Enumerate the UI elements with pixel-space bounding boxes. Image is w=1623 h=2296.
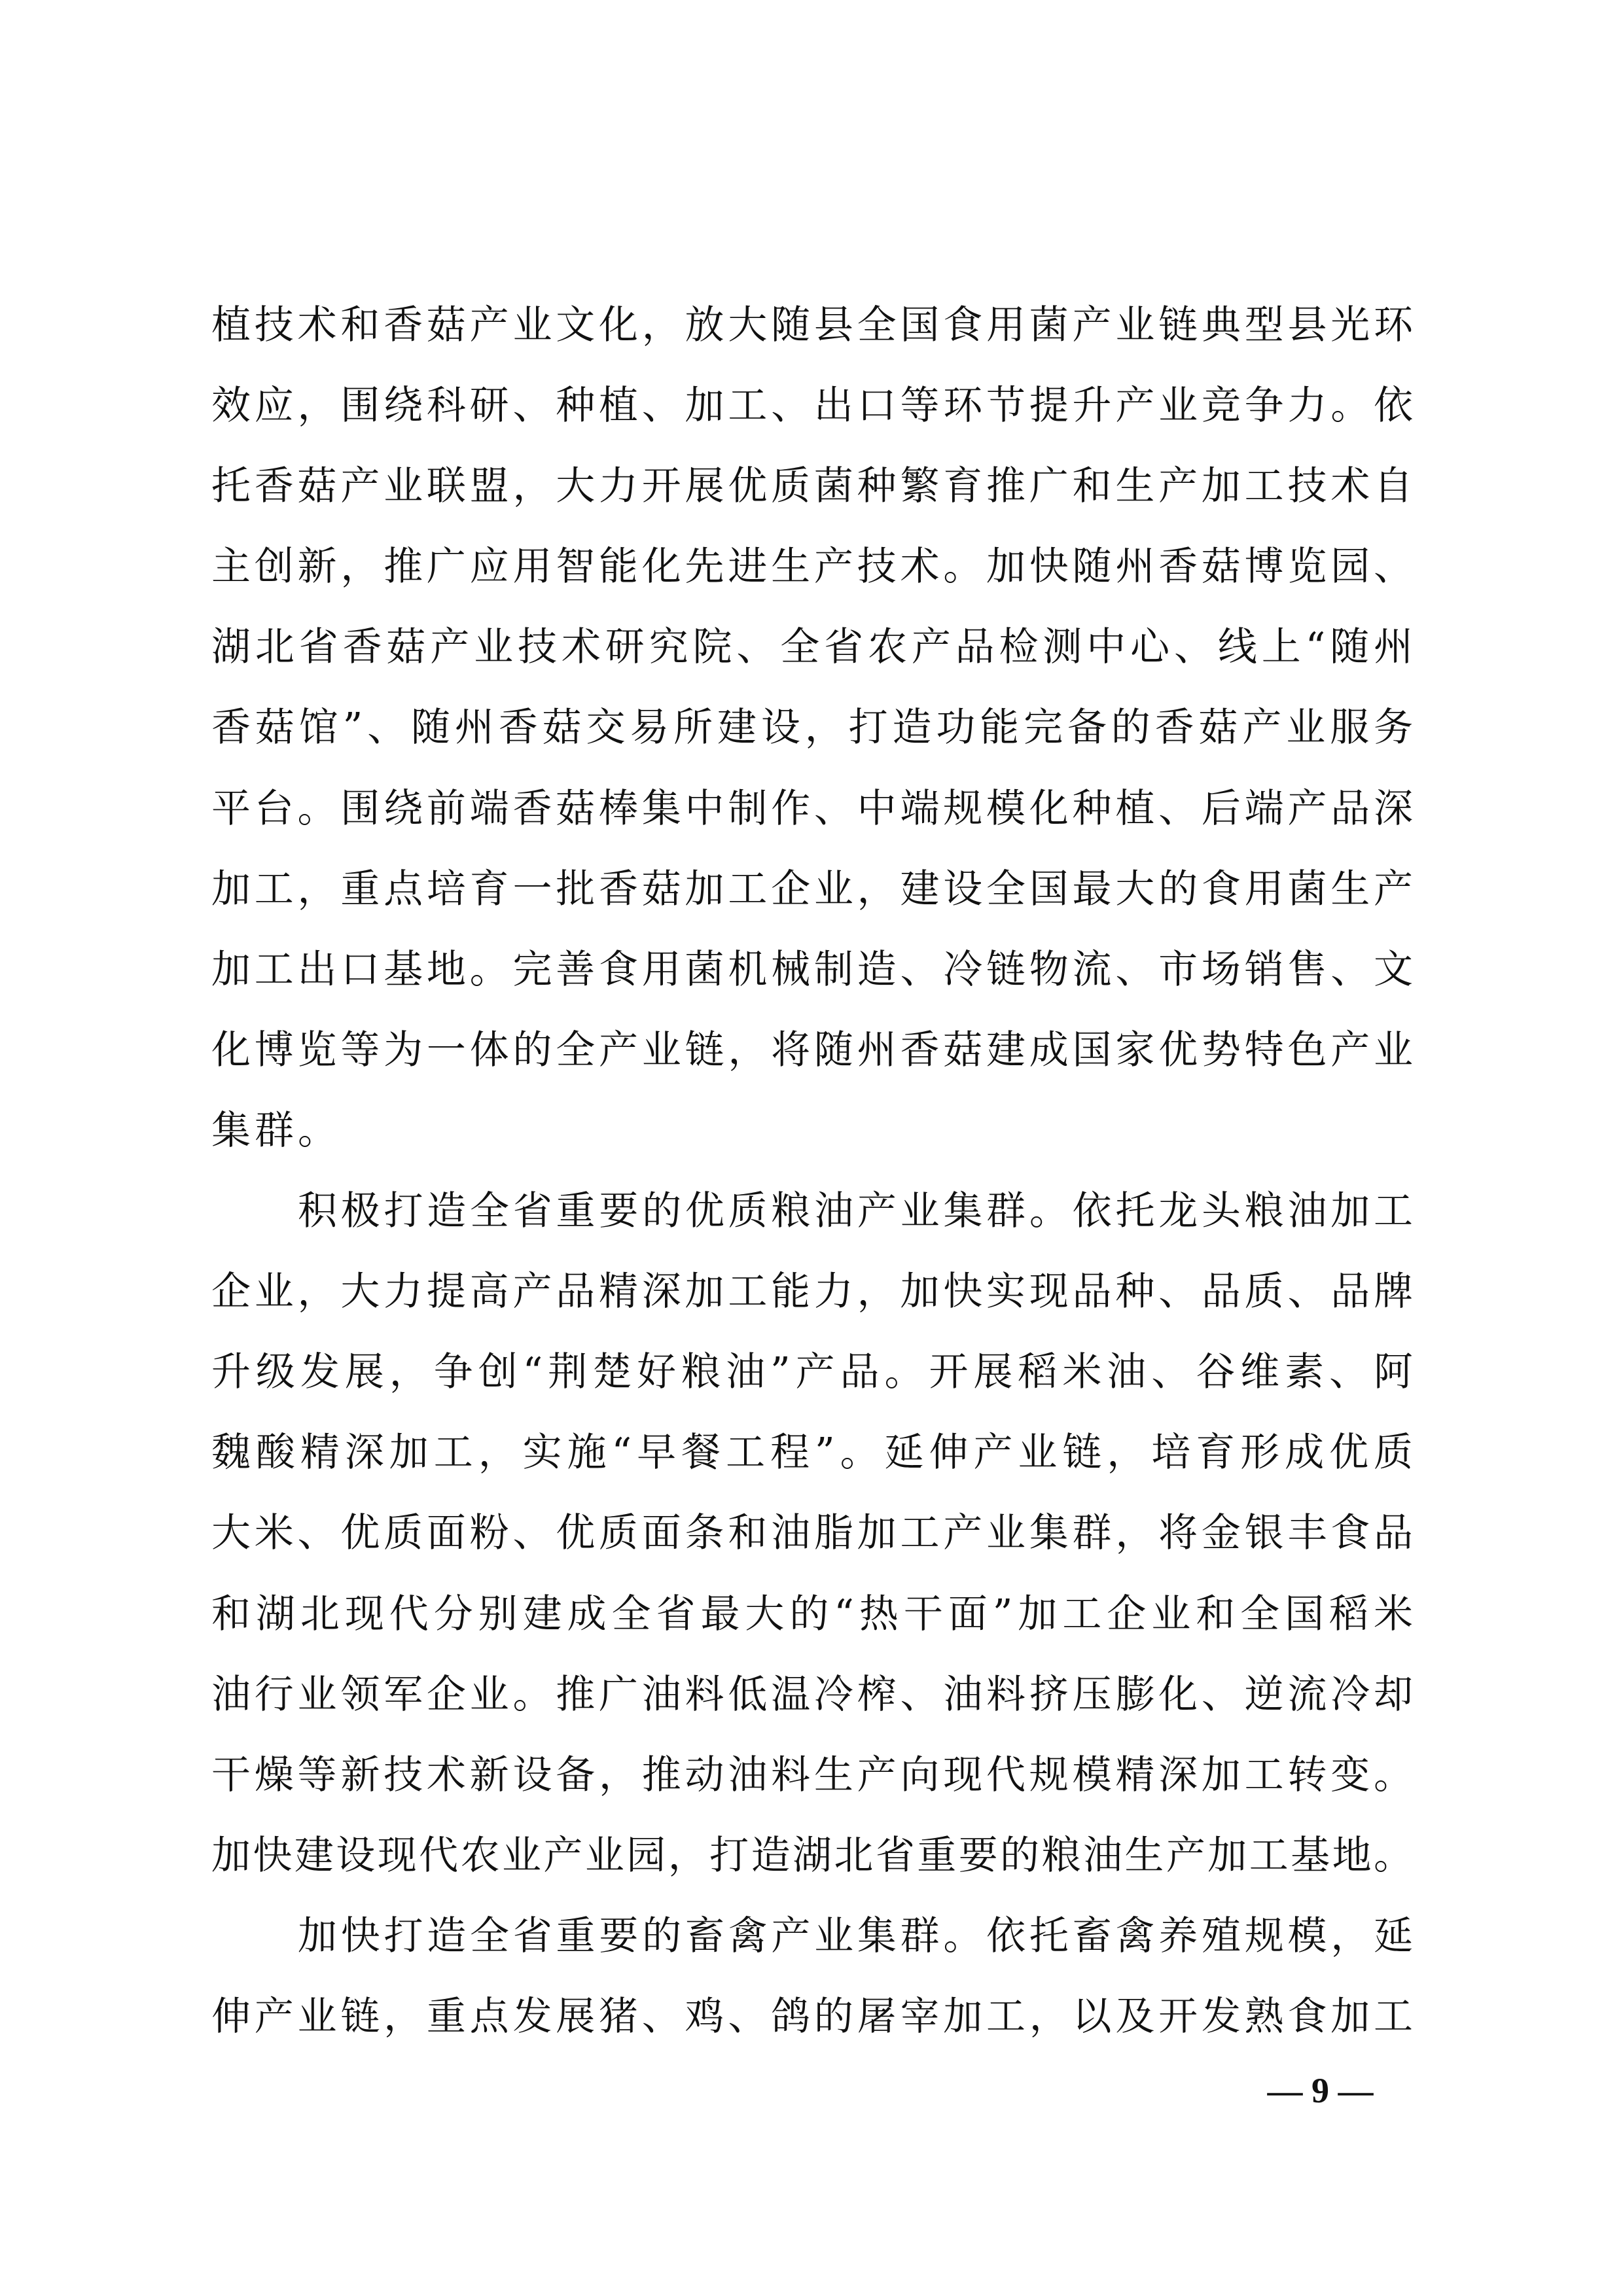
text-line: 化博览等为一体的全产业链，将随州香菇建成国家优势特色产业 (211, 1010, 1413, 1091)
body-text: 植技术和香菇产业文化，放大随县全国食用菌产业链典型县光环 效应，围绕科研、种植、… (211, 285, 1413, 2057)
paragraph-xianggu-industry: 植技术和香菇产业文化，放大随县全国食用菌产业链典型县光环 效应，围绕科研、种植、… (211, 285, 1413, 1171)
paragraph-livestock-industry: 加快打造全省重要的畜禽产业集群。依托畜禽养殖规模，延 伸产业链，重点发展猪、鸡、… (211, 1896, 1413, 2057)
text-line: 香菇馆”、随州香菇交易所建设，打造功能完备的香菇产业服务 (211, 688, 1413, 768)
text-line: 魏酸精深加工，实施“早餐工程”。延伸产业链，培育形成优质 (211, 1413, 1413, 1493)
text-line: 伸产业链，重点发展猪、鸡、鸽的屠宰加工，以及开发熟食加工 (211, 1977, 1413, 2057)
text-line: 效应，围绕科研、种植、加工、出口等环节提升产业竞争力。依 (211, 366, 1413, 446)
text-line: 积极打造全省重要的优质粮油产业集群。依托龙头粮油加工 (211, 1171, 1413, 1252)
text-line: 平台。围绕前端香菇棒集中制作、中端规模化种植、后端产品深 (211, 769, 1413, 849)
text-line: 和湖北现代分别建成全省最大的“热干面”加工企业和全国稻米 (211, 1574, 1413, 1655)
text-line: 湖北省香菇产业技术研究院、全省农产品检测中心、线上“随州 (211, 607, 1413, 688)
text-line: 加快打造全省重要的畜禽产业集群。依托畜禽养殖规模，延 (211, 1896, 1413, 1977)
text-line: 植技术和香菇产业文化，放大随县全国食用菌产业链典型县光环 (211, 285, 1413, 366)
document-page: 植技术和香菇产业文化，放大随县全国食用菌产业链典型县光环 效应，围绕科研、种植、… (0, 0, 1623, 2296)
text-line: 加工，重点培育一批香菇加工企业，建设全国最大的食用菌生产 (211, 849, 1413, 930)
text-line: 加工出口基地。完善食用菌机械制造、冷链物流、市场销售、文 (211, 930, 1413, 1010)
text-line: 托香菇产业联盟，大力开展优质菌种繁育推广和生产加工技术自 (211, 446, 1413, 527)
page-number: — 9 — (1263, 2068, 1378, 2113)
text-line: 企业，大力提高产品精深加工能力，加快实现品种、品质、品牌 (211, 1252, 1413, 1332)
text-line: 大米、优质面粉、优质面条和油脂加工产业集群，将金银丰食品 (211, 1493, 1413, 1574)
text-line: 干燥等新技术新设备，推动油料生产向现代规模精深加工转变。 (211, 1735, 1413, 1816)
text-line: 集群。 (211, 1091, 1413, 1171)
paragraph-grain-oil-industry: 积极打造全省重要的优质粮油产业集群。依托龙头粮油加工 企业，大力提高产品精深加工… (211, 1171, 1413, 1896)
text-line: 主创新，推广应用智能化先进生产技术。加快随州香菇博览园、 (211, 527, 1413, 607)
text-line: 油行业领军企业。推广油料低温冷榨、油料挤压膨化、逆流冷却 (211, 1655, 1413, 1735)
text-line: 加快建设现代农业产业园，打造湖北省重要的粮油生产加工基地。 (211, 1816, 1413, 1896)
text-line: 升级发展，争创“荆楚好粮油”产品。开展稻米油、谷维素、阿 (211, 1332, 1413, 1413)
